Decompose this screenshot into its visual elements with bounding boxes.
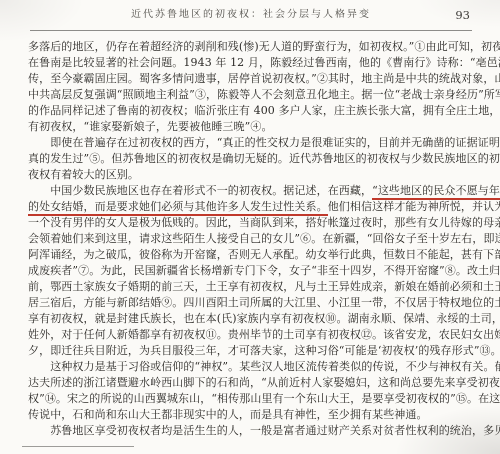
text-line: 在鲁南是比较显著的社会问题。1943 年 12 月，陈毅经过鲁西南，他的《曹南行… — [28, 55, 474, 71]
text-line: 居三宿后，方能与新郎结婚⑨。四川酉阳土司所属的大江里、小江里一带，不仅居于特权地… — [28, 295, 474, 311]
text-segment: 这种权力是基于习俗或信仰的“神权”。某些汉人地区流传着类似的传说，不少与神权有关… — [28, 360, 500, 373]
page-number: 93 — [455, 7, 470, 23]
text-line: 的处女结婚，而是要求她们必须与其他许多人发生过性关系。他们相信这样才能为神所悦，… — [28, 199, 474, 215]
page: 近代苏鲁地区的初夜权：社会分层与人格异变 93 多落后的地区，仍存在着超经济的剥… — [0, 0, 500, 454]
text-segment: 夕，即迁往兵目附近，为兵目服役三年，才可落夫家，这种习俗“可能是‘初夜权’的残存… — [28, 344, 500, 357]
text-line: 一个没有男伴的女人是极为低贱的。因此，当商队到来，搭好帐篷过夜时，那些有女儿待嫁… — [28, 215, 474, 231]
text-segment: 前，鄂西土家族女子婚期的前三天，土王享有初夜权，凡与土王异姓成亲，新娘在婚前必须… — [28, 280, 500, 293]
text-segment: 成废疾者”⑦。为此，民国新疆省长杨增新专门下令，女子“非至十四岁，不得开窑窿”⑧… — [28, 264, 500, 277]
text-segment: 在鲁南是比较显著的社会问题。1943 年 12 月，陈毅经过鲁西南，他的《曹南行… — [28, 56, 500, 69]
text-segment: 传，至今豪霸固庄园。蜀客多情问遗事，居停首说初夜权。”②其时，地主尚是中共的统战… — [28, 72, 500, 85]
text-segment: 的作品同样记述了鲁南的初夜权；临沂张庄有 400 多户人家，庄主族长张大富，拥有… — [28, 104, 500, 117]
running-head: 近代苏鲁地区的初夜权：社会分层与人格异变 93 — [30, 7, 472, 31]
text-segment: 传说中，石和尚和东山大王都非现实中的人，而是具有神性，至少拥有某些神通。 — [28, 408, 428, 421]
text-line: 中国少数民族地区也存在着形式不一的初夜权。据记述，在西藏，“这些地区的民众不愿与… — [28, 183, 474, 199]
text-segment: 居三宿后，方能与新郎结婚⑨。四川酉阳土司所属的大江里、小江里一带，不仅居于特权地… — [28, 296, 500, 309]
text-line: 传，至今豪霸固庄园。蜀客多情问遗事，居停首说初夜权。”②其时，地主尚是中共的统战… — [28, 71, 474, 87]
text-segment: 多落后的地区，仍存在着超经济的剥削和残(惨)无人道的野蛮行为，如初夜权。”①由此… — [28, 40, 500, 53]
text-line: 多落后的地区，仍存在着超经济的剥削和残(惨)无人道的野蛮行为，如初夜权。”①由此… — [28, 39, 474, 55]
text-segment: 真的发生过”⑤。但苏鲁地区的初夜权是确切无疑的。近代苏鲁地区的初夜权与少数民族地… — [28, 152, 500, 165]
text-segment: 即使在普遍存在过初夜权的西方，“真正的性交权力是很难证实的，目前并无确凿的证据证… — [28, 136, 500, 149]
text-line: 有初夜权，“谁家娶新娘子，先要被他睡三晚”④。 — [28, 119, 474, 135]
footnote-separator — [22, 446, 134, 447]
text-line: 传说中，石和尚和东山大王都非现实中的人，而是具有神性，至少拥有某些神通。 — [28, 407, 474, 423]
text-segment: 他们相信这样才能为神所悦，并认为 — [328, 200, 500, 213]
text-segment: 会领着她们来到这里，请求这些陌生人接受自己的女儿”⑥。在新疆，“回俗女子至十岁左… — [28, 232, 500, 245]
red-underlined-text: 的处女结婚，而是要求她们必须与其他许多人发生过性关系。 — [28, 200, 328, 216]
text-line: 达夫所述的浙江诸暨避水岭西山脚下的石和尚，“从前近村人家娶媳妇，这和尚总要先来享… — [28, 375, 474, 391]
text-line: 的作品同样记述了鲁南的初夜权；临沂张庄有 400 多户人家，庄主族长张大富，拥有… — [28, 103, 474, 119]
text-segment: 享有初夜权，就是封建氏族长，也在本(氏)家族内享有初夜权⑩。湖南永顺、保靖、永绥… — [28, 312, 500, 325]
page-header-title: 近代苏鲁地区的初夜权：社会分层与人格异变 — [30, 7, 472, 22]
text-segment: 达夫所述的浙江诸暨避水岭西山脚下的石和尚，“从前近村人家娶媳妇，这和尚总要先来享… — [28, 376, 500, 389]
text-line: 中共高层反复强调“照顾地主利益”③，陈毅等人不会刻意丑化地主。据一位“老战士亲身… — [28, 87, 474, 103]
text-segment: 一个没有男伴的女人是极为低贱的。因此，当商队到来，搭好帐篷过夜时，那些有女儿待嫁… — [28, 216, 500, 229]
text-line: 夕，即迁往兵目附近，为兵目服役三年，才可落夫家，这种习俗“可能是‘初夜权’的残存… — [28, 343, 474, 359]
text-segment: 姓外，对于任何人新婚都享有初夜权⑪。贵州毕节的土司享有初夜权⑫。该省安龙，农民妇… — [28, 328, 500, 341]
text-segment: 阿浑诵经，为之破瓜，彼俗称为开窑窿，否则无人承配。幼女举行此典，恒数日不能起，甚… — [28, 248, 500, 261]
text-segment: 有初夜权，“谁家娶新娘子，先要被他睡三晚”④。 — [28, 120, 273, 133]
text-line: 前，鄂西土家族女子婚期的前三天，土王享有初夜权，凡与土王异姓成亲，新娘在婚前必须… — [28, 279, 474, 295]
text-line: 姓外，对于任何人新婚都享有初夜权⑪。贵州毕节的土司享有初夜权⑫。该省安龙，农民妇… — [28, 327, 474, 343]
text-line: 苏鲁地区享受初夜权者均是活生生的人，一般是富者通过财产关系对贫者性权利的统治，多… — [28, 423, 474, 439]
text-line: 夜权有着较大的区别。 — [28, 167, 474, 183]
text-line: 真的发生过”⑤。但苏鲁地区的初夜权是确切无疑的。近代苏鲁地区的初夜权与少数民族地… — [28, 151, 474, 167]
text-line: 权”⑭。宋之的所说的山西翼城东山，“相传那山里有一个东山大王，是要享受初夜权的”… — [28, 391, 474, 407]
text-line: 即使在普遍存在过初夜权的西方，“真正的性交权力是很难证实的，目前并无确凿的证据证… — [28, 135, 474, 151]
text-line: 享有初夜权，就是封建氏族长，也在本(氏)家族内享有初夜权⑩。湖南永顺、保靖、永绥… — [28, 311, 474, 327]
text-segment: 中共高层反复强调“照顾地主利益”③，陈毅等人不会刻意丑化地主。据一位“老战士亲身… — [28, 88, 500, 101]
text-segment: 苏鲁地区享受初夜权者均是活生生的人，一般是富者通过财产关系对贫者性权利的统治，多… — [28, 424, 500, 437]
text-line: 成废疾者”⑦。为此，民国新疆省长杨增新专门下令，女子“非至十四岁，不得开窑窿”⑧… — [28, 263, 474, 279]
red-underlined-text: “这些地区的民众不愿与年青 — [372, 184, 500, 200]
body-text: 多落后的地区，仍存在着超经济的剥削和残(惨)无人道的野蛮行为，如初夜权。”①由此… — [28, 39, 474, 439]
text-segment: 中国少数民族地区也存在着形式不一的初夜权。据记述，在西藏， — [28, 184, 372, 197]
text-segment: 夜权有着较大的区别。 — [28, 168, 139, 181]
text-line: 这种权力是基于习俗或信仰的“神权”。某些汉人地区流传着类似的传说，不少与神权有关… — [28, 359, 474, 375]
text-segment: 权”⑭。宋之的所说的山西翼城东山，“相传那山里有一个东山大王，是要享受初夜权的”… — [28, 392, 500, 405]
text-line: 会领着她们来到这里，请求这些陌生人接受自己的女儿”⑥。在新疆，“回俗女子至十岁左… — [28, 231, 474, 247]
text-line: 阿浑诵经，为之破瓜，彼俗称为开窑窿，否则无人承配。幼女举行此典，恒数日不能起，甚… — [28, 247, 474, 263]
